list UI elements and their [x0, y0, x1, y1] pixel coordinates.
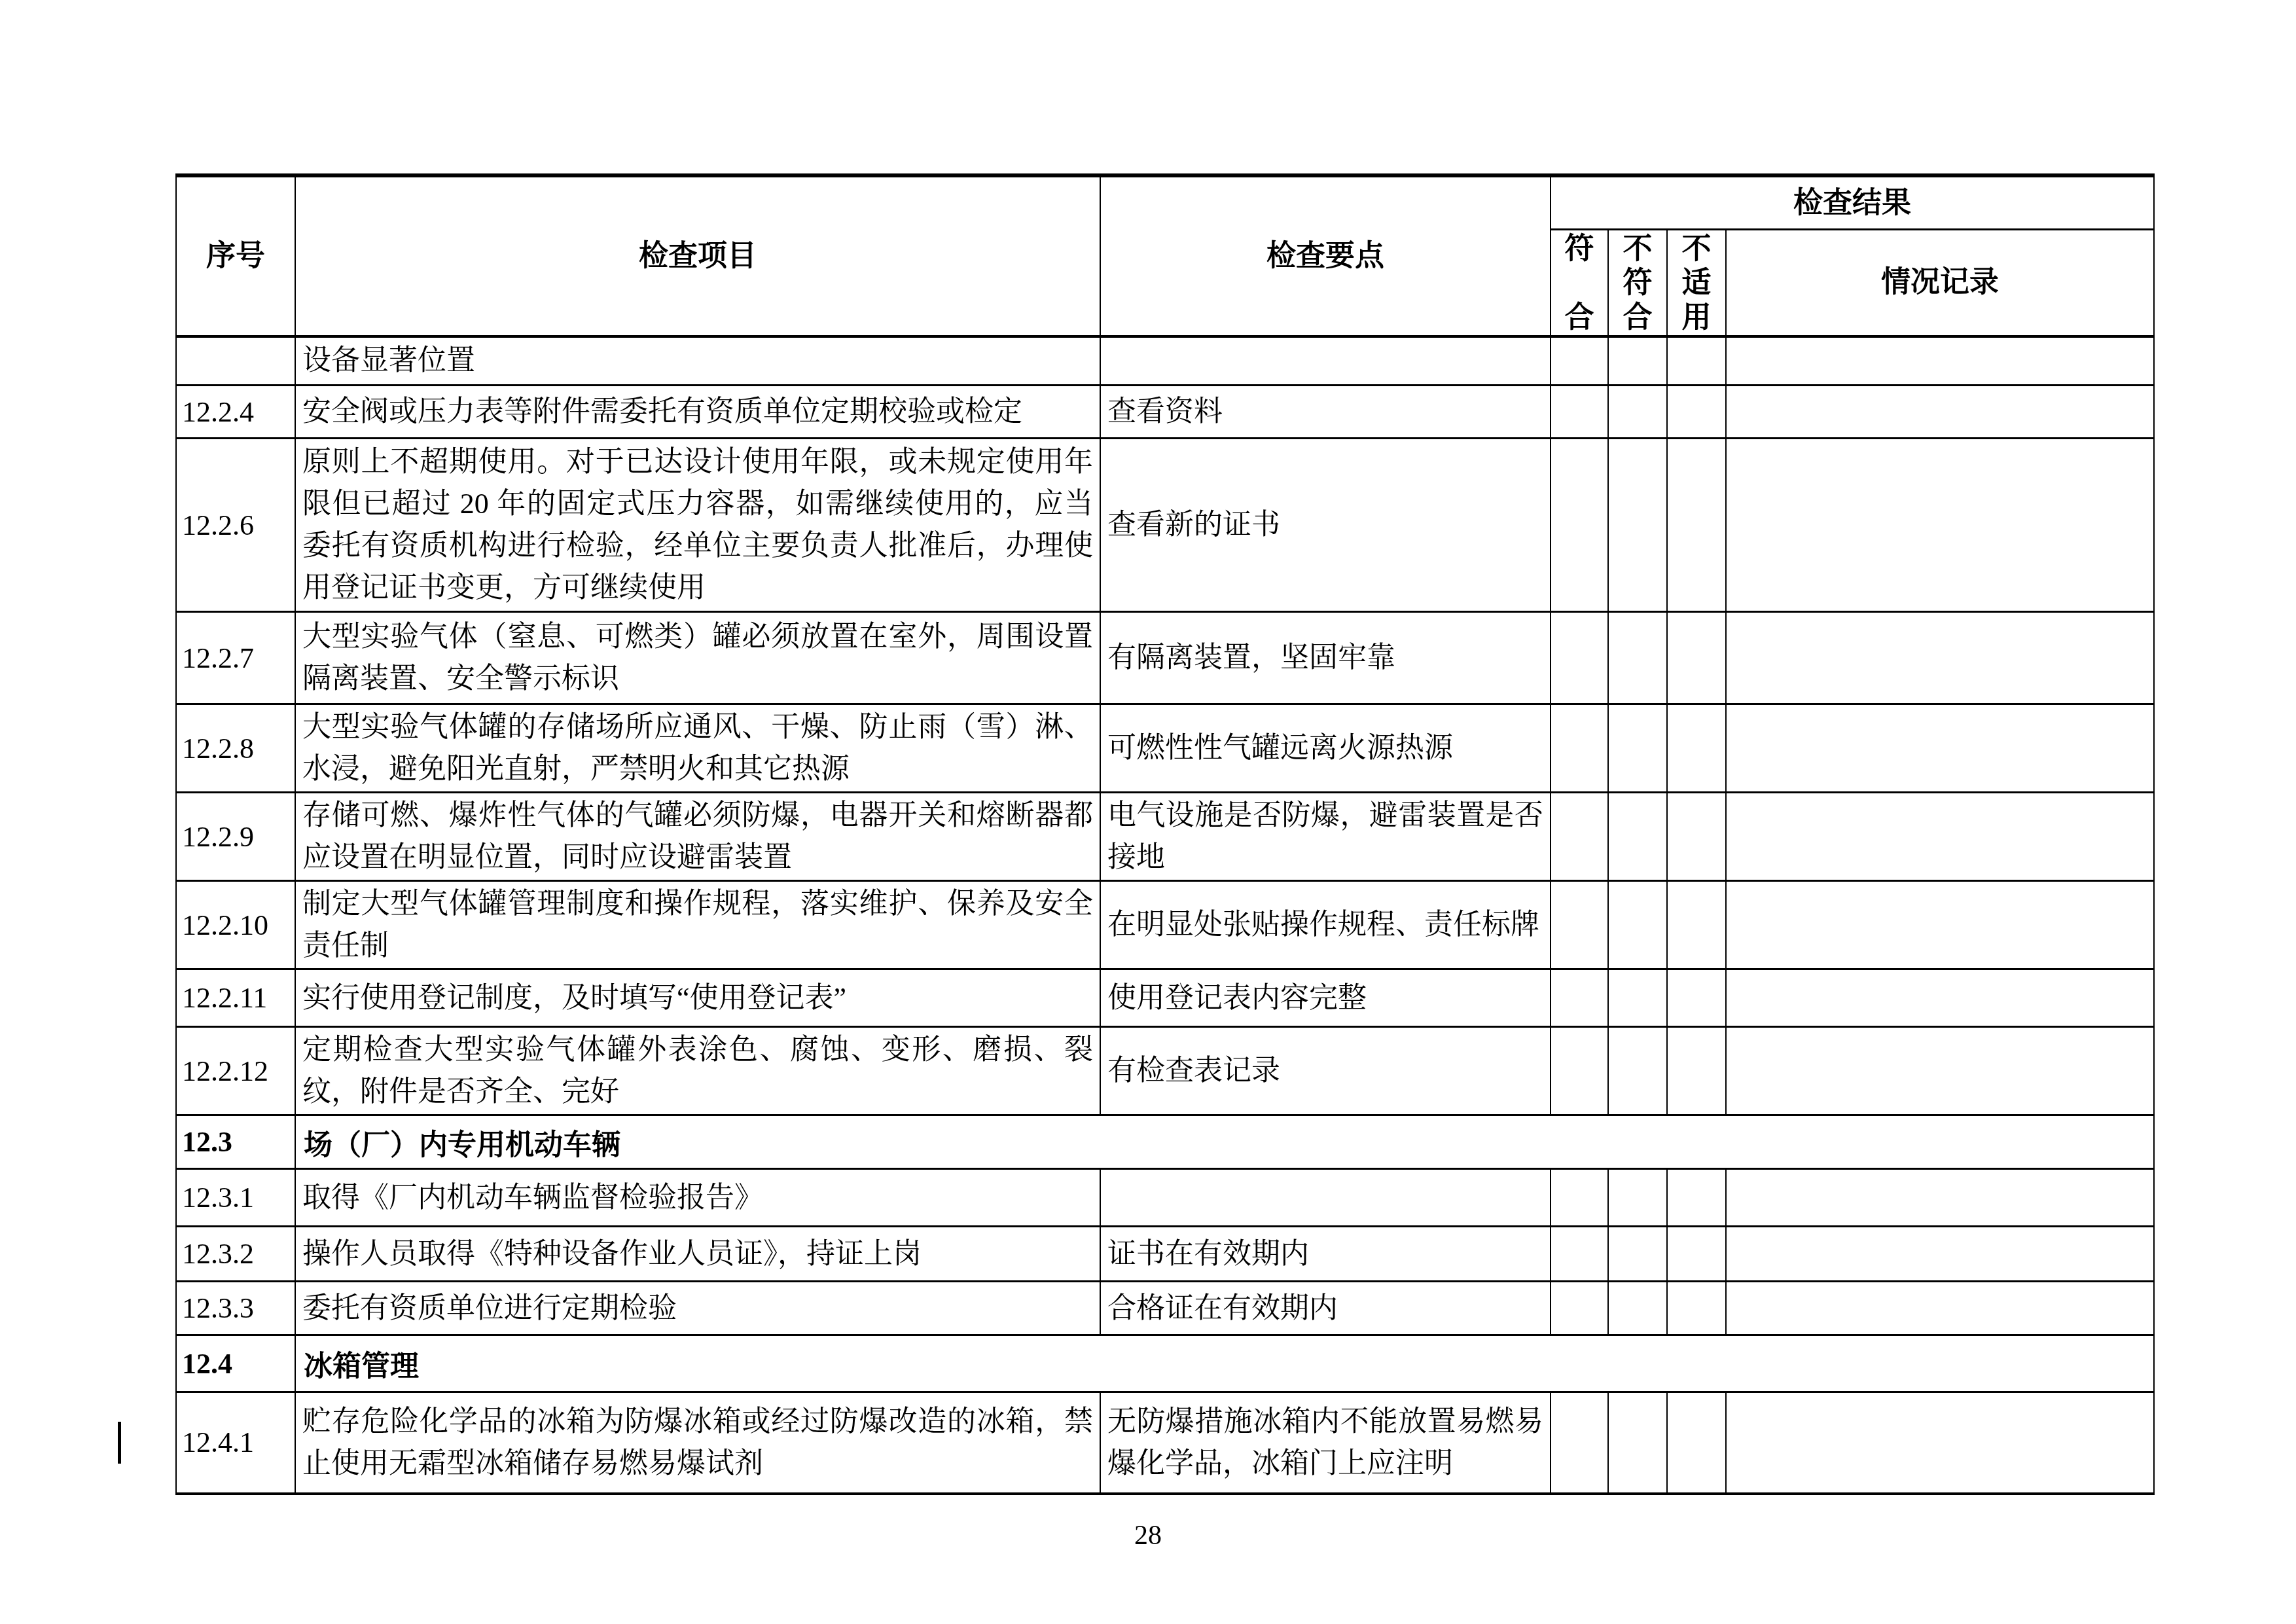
col-header-nonconform: 不符合 [1608, 229, 1667, 336]
cell-seq: 12.3 [176, 1115, 295, 1169]
cell-nonconform [1608, 1169, 1667, 1227]
cell-point: 无防爆措施冰箱内不能放置易燃易爆化学品，冰箱门上应注明 [1100, 1392, 1551, 1494]
table-row: 12.2.4安全阀或压力表等附件需委托有资质单位定期校验或检定查看资料 [176, 386, 2154, 439]
col-header-nonconform-label: 不符合 [1609, 234, 1666, 332]
cell-seq: 12.4 [176, 1335, 295, 1392]
cell-record [1726, 704, 2154, 793]
cell-seq: 12.2.4 [176, 386, 295, 439]
header-char: 不 [1681, 234, 1711, 263]
cell-conform [1551, 704, 1608, 793]
col-header-na-label: 不适用 [1668, 234, 1725, 332]
cell-point [1100, 336, 1551, 386]
cell-point: 电气设施是否防爆，避雷装置是否接地 [1100, 793, 1551, 881]
header-char: 用 [1681, 302, 1711, 332]
cell-na [1667, 1282, 1726, 1335]
cell-record [1726, 386, 2154, 439]
header-char: 符 [1564, 234, 1594, 263]
margin-revision-bar [118, 1422, 121, 1464]
cell-nonconform [1608, 439, 1667, 612]
cell-record [1726, 793, 2154, 881]
cell-conform [1551, 1392, 1608, 1494]
cell-conform [1551, 881, 1608, 969]
cell-nonconform [1608, 612, 1667, 704]
cell-item: 原则上不超期使用。对于已达设计使用年限，或未规定使用年限但已超过 20 年的固定… [295, 439, 1100, 612]
cell-point: 查看新的证书 [1100, 439, 1551, 612]
cell-seq: 12.2.6 [176, 439, 295, 612]
page-number: 28 [0, 1520, 2296, 1551]
cell-seq: 12.3.1 [176, 1169, 295, 1227]
cell-item: 安全阀或压力表等附件需委托有资质单位定期校验或检定 [295, 386, 1100, 439]
cell-nonconform [1608, 704, 1667, 793]
cell-conform [1551, 439, 1608, 612]
cell-seq: 12.4.1 [176, 1392, 295, 1494]
cell-na [1667, 612, 1726, 704]
cell-na [1667, 969, 1726, 1027]
cell-nonconform [1608, 969, 1667, 1027]
col-header-conform: 符合 [1551, 229, 1608, 336]
cell-seq: 12.2.9 [176, 793, 295, 881]
table-row: 12.3.2操作人员取得《特种设备作业人员证》，持证上岗证书在有效期内 [176, 1227, 2154, 1282]
table-row: 设备显著位置 [176, 336, 2154, 386]
cell-nonconform [1608, 1282, 1667, 1335]
checklist-body: 设备显著位置12.2.4安全阀或压力表等附件需委托有资质单位定期校验或检定查看资… [176, 336, 2154, 1494]
col-header-conform-label: 符合 [1551, 234, 1607, 332]
cell-seq: 12.2.8 [176, 704, 295, 793]
cell-seq: 12.2.10 [176, 881, 295, 969]
cell-item: 操作人员取得《特种设备作业人员证》，持证上岗 [295, 1227, 1100, 1282]
header-char: 合 [1564, 302, 1594, 332]
cell-item: 取得《厂内机动车辆监督检验报告》 [295, 1169, 1100, 1227]
section-row: 12.3场（厂）内专用机动车辆 [176, 1115, 2154, 1169]
cell-conform [1551, 1027, 1608, 1115]
table-row: 12.2.10制定大型气体罐管理制度和操作规程，落实维护、保养及安全责任制在明显… [176, 881, 2154, 969]
cell-nonconform [1608, 881, 1667, 969]
cell-conform [1551, 969, 1608, 1027]
cell-conform [1551, 612, 1608, 704]
table-row: 12.2.8大型实验气体罐的存储场所应通风、干燥、防止雨（雪）淋、水浸，避免阳光… [176, 704, 2154, 793]
cell-item: 制定大型气体罐管理制度和操作规程，落实维护、保养及安全责任制 [295, 881, 1100, 969]
cell-record [1726, 336, 2154, 386]
cell-point: 证书在有效期内 [1100, 1227, 1551, 1282]
cell-nonconform [1608, 336, 1667, 386]
cell-seq: 12.2.7 [176, 612, 295, 704]
cell-seq: 12.3.3 [176, 1282, 295, 1335]
cell-point: 有检查表记录 [1100, 1027, 1551, 1115]
col-header-na: 不适用 [1667, 229, 1726, 336]
cell-point: 可燃性性气罐远离火源热源 [1100, 704, 1551, 793]
cell-item: 大型实验气体（窒息、可燃类）罐必须放置在室外，周围设置隔离装置、安全警示标识 [295, 612, 1100, 704]
col-header-seq: 序号 [176, 175, 295, 336]
table-row: 12.4.1贮存危险化学品的冰箱为防爆冰箱或经过防爆改造的冰箱，禁止使用无霜型冰… [176, 1392, 2154, 1494]
cell-record [1726, 1227, 2154, 1282]
cell-item: 实行使用登记制度，及时填写“使用登记表” [295, 969, 1100, 1027]
cell-nonconform [1608, 793, 1667, 881]
col-header-result: 检查结果 [1551, 175, 2154, 229]
cell-record [1726, 612, 2154, 704]
cell-item: 贮存危险化学品的冰箱为防爆冰箱或经过防爆改造的冰箱，禁止使用无霜型冰箱储存易燃易… [295, 1392, 1100, 1494]
cell-conform [1551, 793, 1608, 881]
table-row: 12.3.1取得《厂内机动车辆监督检验报告》 [176, 1169, 2154, 1227]
cell-record [1726, 881, 2154, 969]
header-char: 合 [1623, 302, 1652, 332]
cell-point: 有隔离装置，坚固牢靠 [1100, 612, 1551, 704]
cell-point: 使用登记表内容完整 [1100, 969, 1551, 1027]
cell-item: 委托有资质单位进行定期检验 [295, 1282, 1100, 1335]
inspection-table: 序号 检查项目 检查要点 检查结果 符合 不符合 不适用 情况记录 设备显著位置… [175, 173, 2155, 1495]
table-row: 12.2.6原则上不超期使用。对于已达设计使用年限，或未规定使用年限但已超过 2… [176, 439, 2154, 612]
table-header: 序号 检查项目 检查要点 检查结果 符合 不符合 不适用 情况记录 [176, 175, 2154, 336]
cell-na [1667, 1227, 1726, 1282]
cell-nonconform [1608, 1392, 1667, 1494]
cell-nonconform [1608, 1227, 1667, 1282]
cell-na [1667, 881, 1726, 969]
cell-point: 查看资料 [1100, 386, 1551, 439]
table-row: 12.2.9存储可燃、爆炸性气体的气罐必须防爆，电器开关和熔断器都应设置在明显位… [176, 793, 2154, 881]
cell-conform [1551, 1282, 1608, 1335]
cell-section-title: 冰箱管理 [295, 1335, 2154, 1392]
cell-record [1726, 1392, 2154, 1494]
cell-na [1667, 1027, 1726, 1115]
cell-na [1667, 439, 1726, 612]
cell-point [1100, 1169, 1551, 1227]
cell-conform [1551, 1227, 1608, 1282]
col-header-item: 检查项目 [295, 175, 1100, 336]
header-char: 适 [1681, 268, 1711, 297]
header-char: 不 [1623, 234, 1652, 263]
cell-nonconform [1608, 1027, 1667, 1115]
cell-conform [1551, 1169, 1608, 1227]
table-row: 12.2.7大型实验气体（窒息、可燃类）罐必须放置在室外，周围设置隔离装置、安全… [176, 612, 2154, 704]
table-row: 12.3.3委托有资质单位进行定期检验合格证在有效期内 [176, 1282, 2154, 1335]
cell-conform [1551, 386, 1608, 439]
cell-seq: 12.2.11 [176, 969, 295, 1027]
cell-na [1667, 386, 1726, 439]
cell-seq [176, 336, 295, 386]
cell-record [1726, 1282, 2154, 1335]
cell-na [1667, 1392, 1726, 1494]
cell-na [1667, 1169, 1726, 1227]
cell-na [1667, 793, 1726, 881]
cell-item: 定期检查大型实验气体罐外表涂色、腐蚀、变形、磨损、裂纹，附件是否齐全、完好 [295, 1027, 1100, 1115]
cell-seq: 12.2.12 [176, 1027, 295, 1115]
cell-item: 设备显著位置 [295, 336, 1100, 386]
header-char: 符 [1623, 268, 1652, 297]
col-header-point: 检查要点 [1100, 175, 1551, 336]
cell-item: 大型实验气体罐的存储场所应通风、干燥、防止雨（雪）淋、水浸，避免阳光直射，严禁明… [295, 704, 1100, 793]
cell-record [1726, 1027, 2154, 1115]
cell-point: 合格证在有效期内 [1100, 1282, 1551, 1335]
document-page: 序号 检查项目 检查要点 检查结果 符合 不符合 不适用 情况记录 设备显著位置… [0, 0, 2296, 1624]
cell-record [1726, 439, 2154, 612]
header-row-1: 序号 检查项目 检查要点 检查结果 [176, 175, 2154, 229]
col-header-record: 情况记录 [1726, 229, 2154, 336]
cell-record [1726, 1169, 2154, 1227]
cell-item: 存储可燃、爆炸性气体的气罐必须防爆，电器开关和熔断器都应设置在明显位置，同时应设… [295, 793, 1100, 881]
cell-record [1726, 969, 2154, 1027]
cell-na [1667, 704, 1726, 793]
cell-section-title: 场（厂）内专用机动车辆 [295, 1115, 2154, 1169]
cell-nonconform [1608, 386, 1667, 439]
section-row: 12.4冰箱管理 [176, 1335, 2154, 1392]
cell-point: 在明显处张贴操作规程、责任标牌 [1100, 881, 1551, 969]
cell-conform [1551, 336, 1608, 386]
table-row: 12.2.12定期检查大型实验气体罐外表涂色、腐蚀、变形、磨损、裂纹，附件是否齐… [176, 1027, 2154, 1115]
cell-seq: 12.3.2 [176, 1227, 295, 1282]
table-row: 12.2.11实行使用登记制度，及时填写“使用登记表”使用登记表内容完整 [176, 969, 2154, 1027]
cell-na [1667, 336, 1726, 386]
